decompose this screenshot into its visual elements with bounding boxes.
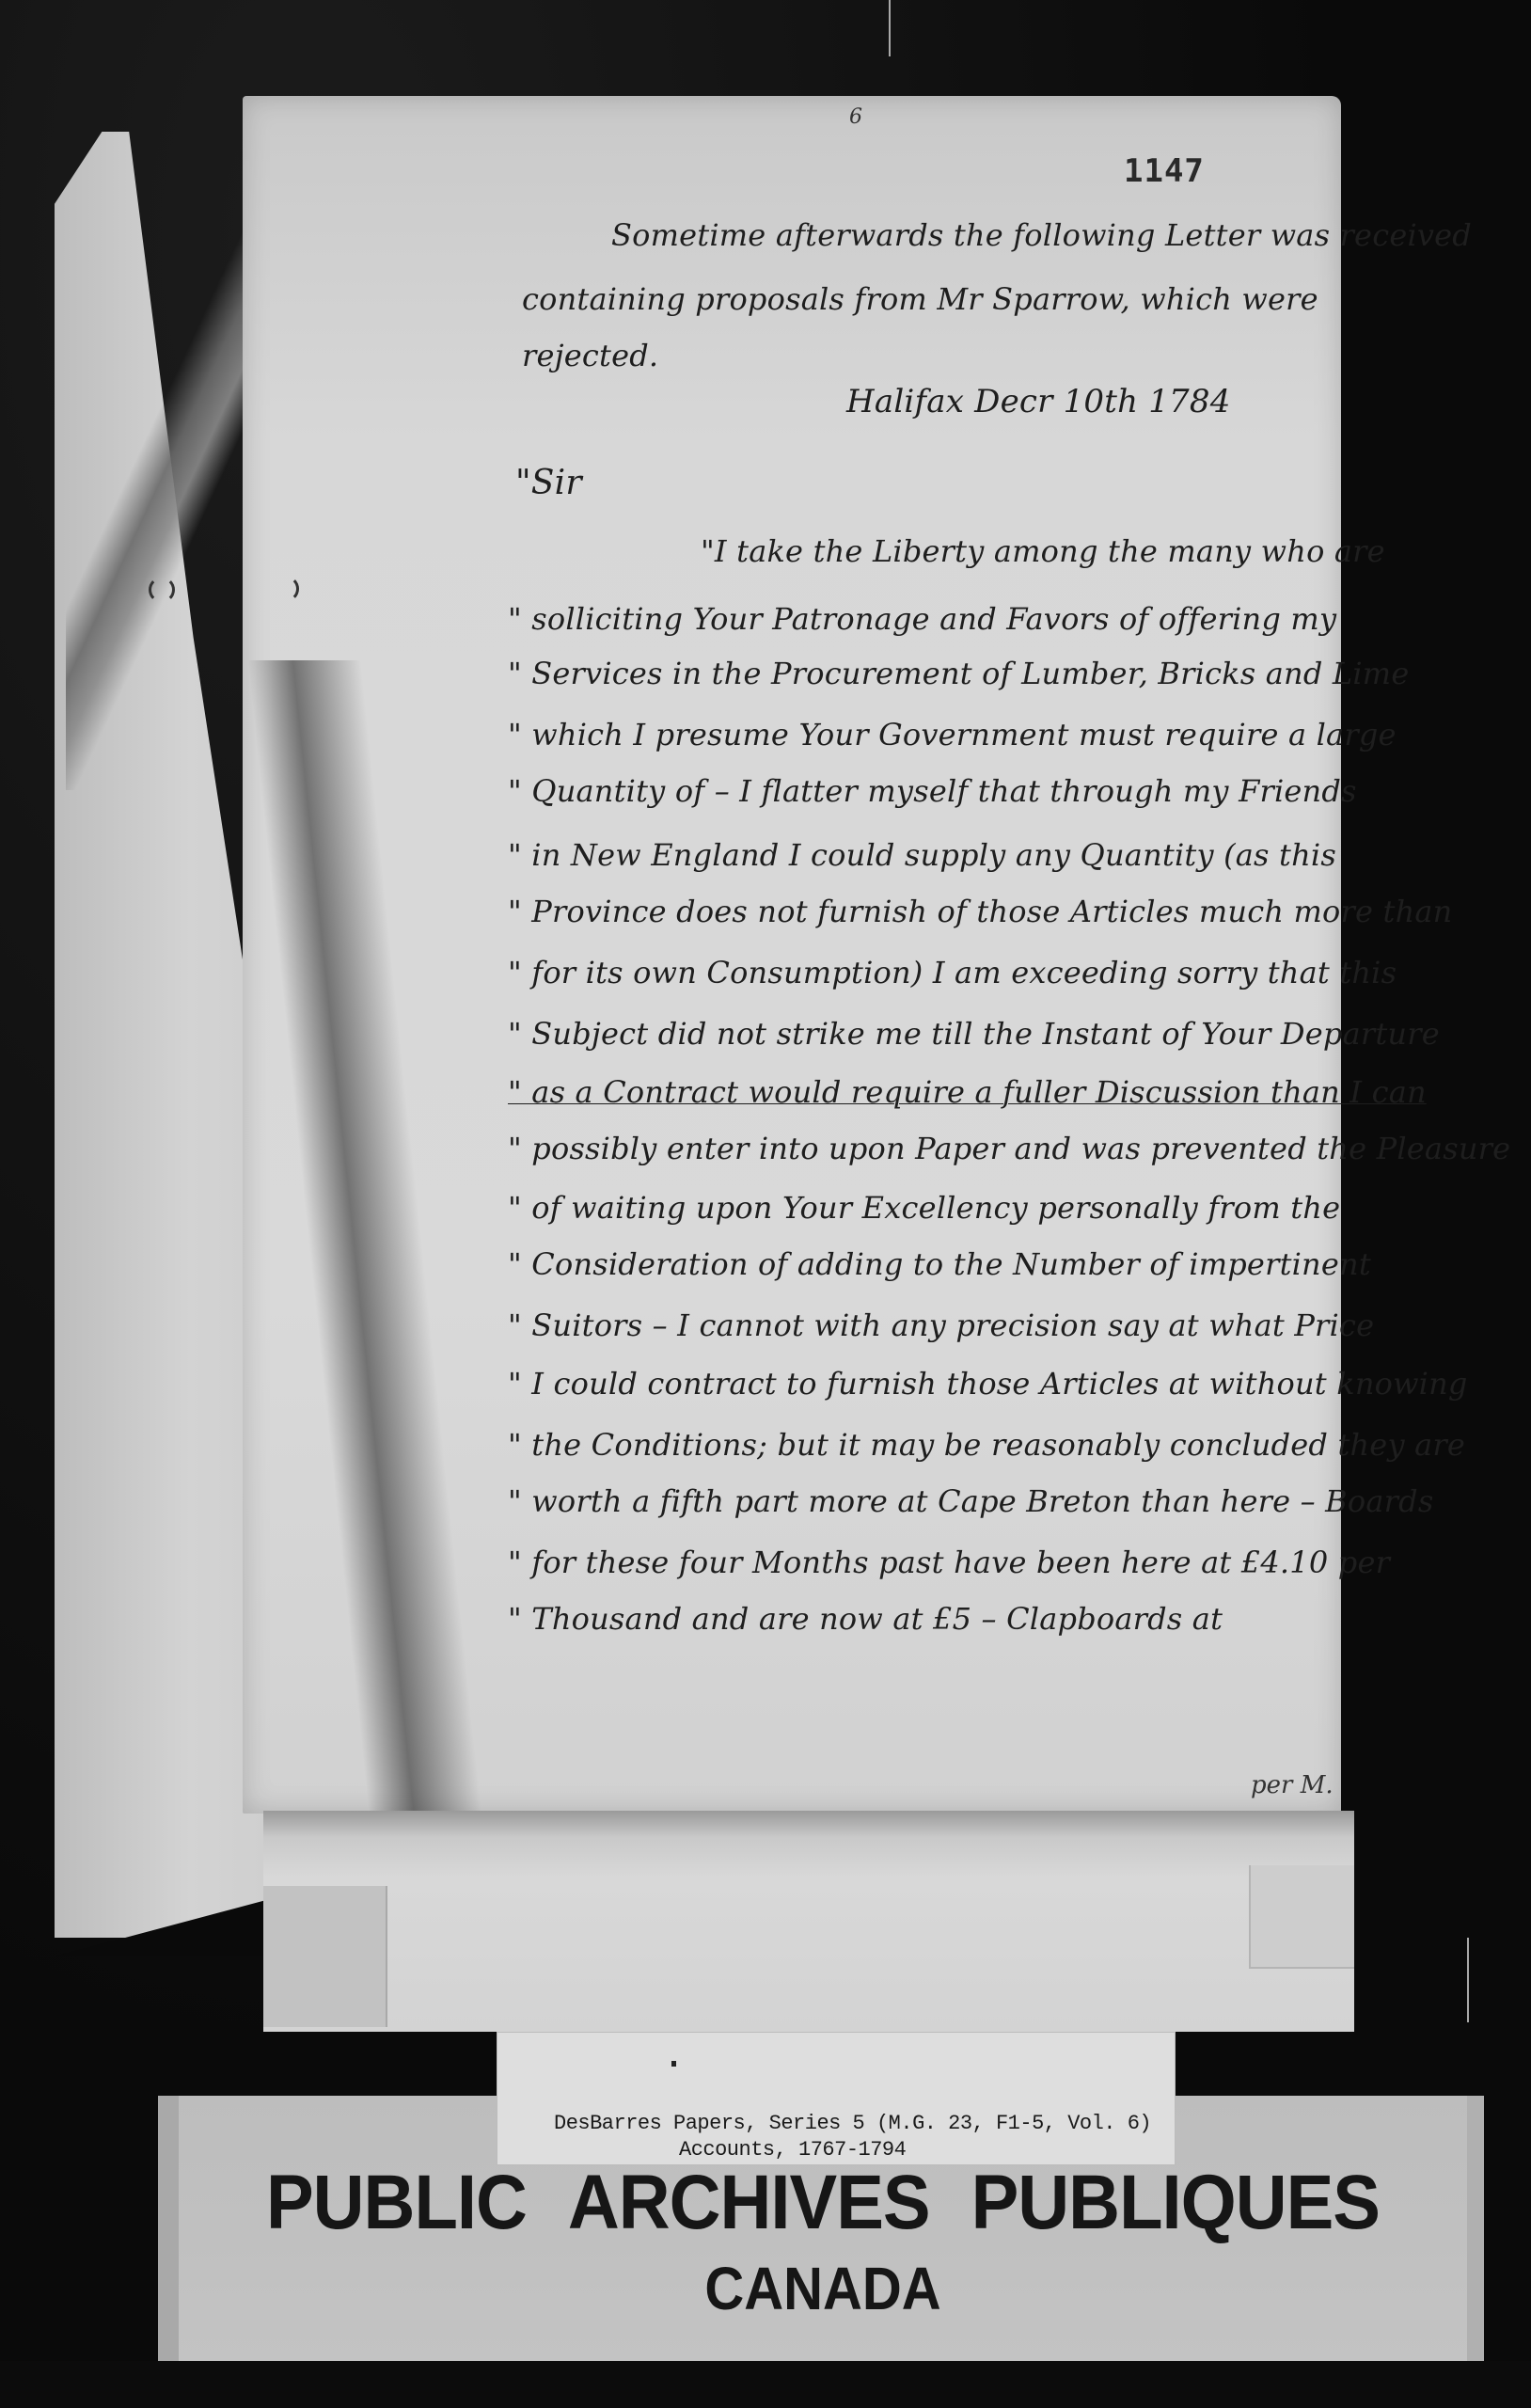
letter-line: " in New England I could supply any Quan… [508, 840, 1336, 870]
letter-line: " as a Contract would require a fuller D… [508, 1077, 1427, 1107]
letter-line: " of waiting upon Your Excellency person… [508, 1193, 1340, 1223]
banner-word: PUBLIQUES [971, 2160, 1380, 2246]
binding-hole-left [149, 577, 175, 603]
collection-reference: DesBarres Papers, Series 5 (M.G. 23, F1-… [554, 2112, 1151, 2135]
catchword: per M. [1251, 1771, 1334, 1799]
archive-label-card: DesBarres Papers, Series 5 (M.G. 23, F1-… [497, 2032, 1176, 2165]
letter-salutation: "Sir [515, 467, 582, 500]
letter-line: " the Conditions; but it may be reasonab… [508, 1430, 1465, 1460]
letter-line: "I take the Liberty among the many who a… [701, 536, 1385, 566]
lower-envelope-flap [263, 1811, 1354, 2032]
letter-line: " solliciting Your Patronage and Favors … [508, 604, 1336, 634]
letter-line: " Suitors – I cannot with any precision … [508, 1310, 1374, 1340]
film-scratch [889, 0, 891, 56]
binding-hole-right [273, 576, 299, 602]
archive-stamp-number: 1147 [1124, 152, 1205, 190]
banner-word: ARCHIVES [568, 2160, 930, 2246]
banner-subtitle: CANADA [179, 2255, 1467, 2324]
letter-dateline: Halifax Decr 10th 1784 [846, 386, 1231, 418]
letter-line: " for these four Months past have been h… [508, 1547, 1390, 1577]
folded-page-edge [66, 132, 254, 790]
banner-title: PUBLICARCHIVESPUBLIQUES [179, 2159, 1467, 2247]
letter-line: " I could contract to furnish those Arti… [508, 1369, 1468, 1399]
intro-line: Sometime afterwards the following Letter… [611, 220, 1472, 250]
intro-line: containing proposals from Mr Sparrow, wh… [522, 284, 1318, 314]
letter-line: " Subject did not strike me till the Ins… [508, 1019, 1440, 1049]
letter-line: " Thousand and are now at £5 – Clapboard… [508, 1604, 1223, 1634]
flap-tab-left [263, 1886, 387, 2027]
letter-line: " worth a fifth part more at Cape Breton… [508, 1486, 1433, 1516]
banner-word: PUBLIC [266, 2160, 527, 2246]
film-bottom-edge [0, 2361, 1531, 2408]
letter-line: " Province does not furnish of those Art… [508, 896, 1452, 927]
letter-line: " Quantity of – I flatter myself that th… [508, 776, 1357, 806]
letter-line: " Services in the Procurement of Lumber,… [508, 658, 1409, 689]
letter-line: " which I presume Your Government must r… [508, 720, 1397, 750]
folio-number: 6 [849, 105, 862, 129]
letter-line: " possibly enter into upon Paper and was… [508, 1133, 1510, 1164]
card-mark [671, 2061, 676, 2067]
page-shadow [247, 660, 481, 1817]
intro-line: rejected. [522, 341, 658, 371]
flap-tab-right [1249, 1865, 1354, 1969]
letter-line: " Consideration of adding to the Number … [508, 1249, 1371, 1279]
collection-subtitle: Accounts, 1767-1794 [679, 2138, 906, 2162]
film-scratch [1467, 1938, 1469, 2022]
letter-line: " for its own Consumption) I am exceedin… [508, 958, 1397, 988]
